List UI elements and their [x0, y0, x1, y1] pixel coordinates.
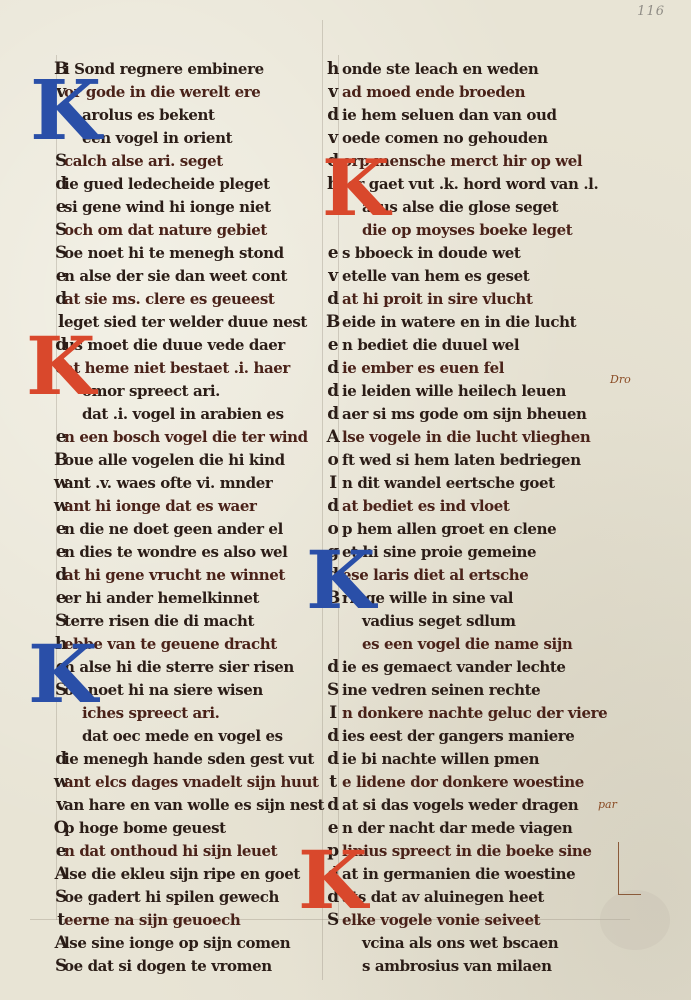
- text-line: die hem seluen dan van oud: [310, 104, 640, 127]
- text-line: die ember es euen fel: [310, 357, 640, 380]
- initial-k-blue: K: [28, 634, 98, 714]
- text-line: en dat onthoud hi sijn leuet: [34, 840, 304, 863]
- text-line: en alse der sie dan weet cont: [34, 265, 304, 288]
- line-text: een vogel in orient: [82, 127, 232, 150]
- line-initial: d: [322, 495, 344, 518]
- line-text: s bboeck in doude wet: [342, 242, 520, 265]
- line-text: n die ne doet geen ander el: [64, 518, 283, 541]
- line-text: n der nacht dar mede viagen: [342, 817, 572, 840]
- text-line: Soe gadert hi spilen gewech: [34, 886, 304, 909]
- line-initial: I: [322, 702, 344, 725]
- line-text: arolus es bekent: [82, 104, 215, 127]
- text-line: vcina als ons wet bscaen: [310, 932, 640, 955]
- line-initial: d: [322, 794, 344, 817]
- line-text: oe dat si dogen te vromen: [64, 955, 272, 978]
- text-line: dies eest der gangers maniere: [310, 725, 640, 748]
- text-line: want .v. waes ofte vi. mnder: [34, 472, 304, 495]
- text-line: dat oec mede en vogel es: [34, 725, 304, 748]
- line-text: lse die ekleu sijn ripe en goet: [64, 863, 300, 886]
- text-line: honde ste leach en weden: [310, 58, 640, 81]
- line-text: dat oec mede en vogel es: [82, 725, 283, 748]
- line-text: ad moed ende broeden: [342, 81, 525, 104]
- margin-bracket: [618, 842, 641, 895]
- line-initial: d: [322, 104, 344, 127]
- line-initial: v: [322, 81, 344, 104]
- manuscript-page: 116 Bi Sond regnere embinerevor gode in …: [0, 0, 691, 1000]
- line-text: ies eest der gangers maniere: [342, 725, 574, 748]
- line-text: p hoge bome geuest: [64, 817, 226, 840]
- line-text: at heme niet bestaet .i. haer: [64, 357, 290, 380]
- text-line: want hi ionge dat es waer: [34, 495, 304, 518]
- line-text: ie gued ledecheide pleget: [64, 173, 270, 196]
- text-line: want elcs dages vnadelt sijn huut: [34, 771, 304, 794]
- line-text: n dat onthoud hi sijn leuet: [64, 840, 277, 863]
- line-text: oue alle vogelen die hi kind: [64, 449, 285, 472]
- text-line: en dies te wondre es also wel: [34, 541, 304, 564]
- line-initial: S: [322, 679, 344, 702]
- line-text: eget sied ter welder duue nest: [64, 311, 307, 334]
- line-initial: d: [322, 656, 344, 679]
- line-initial: d: [322, 380, 344, 403]
- initial-k-blue: K: [30, 70, 101, 152]
- text-line: s ambrosius van milaen: [310, 955, 640, 978]
- text-line: dat sie ms. clere es geueest: [34, 288, 304, 311]
- line-initial: A: [322, 426, 344, 449]
- line-text: die op moyses boeke leget: [362, 219, 572, 242]
- line-text: ats dat av aluinegen heet: [342, 886, 544, 909]
- initial-k-red: K: [322, 150, 390, 228]
- line-text: ie menegh hande sden gest vut: [64, 748, 314, 771]
- line-initial: d: [322, 403, 344, 426]
- margin-note: par: [598, 798, 617, 811]
- text-line: Beide in watere en in die lucht: [310, 311, 640, 334]
- line-text: ant hi ionge dat es waer: [64, 495, 257, 518]
- line-text: n een bosch vogel die ter wind: [64, 426, 308, 449]
- text-line: Soe dat si dogen te vromen: [34, 955, 304, 978]
- line-text: omor spreect ari.: [82, 380, 220, 403]
- text-line: esi gene wind hi ionge niet: [34, 196, 304, 219]
- line-text: ie ember es euen fel: [342, 357, 504, 380]
- text-line: en een bosch vogel die ter wind: [34, 426, 304, 449]
- line-text: n alse hi die sterre sier risen: [64, 656, 294, 679]
- line-text: at hi proit in sire vlucht: [342, 288, 532, 311]
- line-text: ie hem seluen dan van oud: [342, 104, 557, 127]
- line-text: ft wed si hem laten bedriegen: [342, 449, 581, 472]
- text-line: Alse die ekleu sijn ripe en goet: [34, 863, 304, 886]
- initial-k-red: K: [298, 840, 368, 920]
- line-text: n dies te wondre es also wel: [64, 541, 287, 564]
- text-line: dat hi proit in sire vlucht: [310, 288, 640, 311]
- line-initial: I: [322, 472, 344, 495]
- text-line: en bediet die duuel wel: [310, 334, 640, 357]
- folio-number: 116: [637, 4, 665, 19]
- text-line: Sine vedren seinen rechte: [310, 679, 640, 702]
- line-text: n donkere nachte geluc der viere: [342, 702, 607, 725]
- text-line: Boue alle vogelen die hi kind: [34, 449, 304, 472]
- text-line: vetelle van hem es geset: [310, 265, 640, 288]
- line-initial: d: [322, 357, 344, 380]
- line-initial: v: [322, 265, 344, 288]
- line-text: dat .i. vogel in arabien es: [82, 403, 284, 426]
- line-text: n dit wandel eertsche goet: [342, 472, 555, 495]
- line-initial: d: [322, 725, 344, 748]
- line-initial: e: [322, 334, 344, 357]
- line-text: n bediet die duuel wel: [342, 334, 519, 357]
- line-initial: d: [322, 748, 344, 771]
- text-line: dat bediet es ind vloet: [310, 495, 640, 518]
- line-text: si gene wind hi ionge niet: [64, 196, 271, 219]
- initial-k-red: K: [26, 326, 96, 406]
- line-text: n alse der sie dan weet cont: [64, 265, 287, 288]
- text-line: vad moed ende broeden: [310, 81, 640, 104]
- line-initial: B: [322, 311, 344, 334]
- margin-note: Dro: [610, 373, 631, 386]
- text-line: Soch om dat nature gebiet: [34, 219, 304, 242]
- line-text: at si das vogels weder dragen: [342, 794, 578, 817]
- line-text: aer si ms gode om sijn bheuen: [342, 403, 587, 426]
- line-text: s ambrosius van milaen: [362, 955, 552, 978]
- line-initial: h: [322, 58, 344, 81]
- line-text: iches spreect ari.: [82, 702, 220, 725]
- line-text: arus alse die glose seget: [362, 196, 558, 219]
- text-line: eer hi ander hemelkinnet: [34, 587, 304, 610]
- text-line: Soe noet hi te menegh stond: [34, 242, 304, 265]
- line-text: oe noet hi te menegh stond: [64, 242, 284, 265]
- left-column: Bi Sond regnere embinerevor gode in die …: [34, 58, 304, 978]
- line-initial: t: [322, 771, 344, 794]
- line-text: lse vogele in die lucht vlieghen: [342, 426, 590, 449]
- line-text: ant .v. waes ofte vi. mnder: [64, 472, 272, 495]
- line-text: elke vogele vonie seiveet: [342, 909, 540, 932]
- text-line: es een vogel die name sijn: [310, 633, 640, 656]
- text-line: Alse sine ionge op sijn comen: [34, 932, 304, 955]
- text-line: oft wed si hem laten bedriegen: [310, 449, 640, 472]
- text-line: teerne na sijn geuoech: [34, 909, 304, 932]
- line-text: etelle van hem es geset: [342, 265, 529, 288]
- line-text: at sie ms. clere es geueest: [64, 288, 274, 311]
- line-text: linius spreect in die boeke sine: [342, 840, 592, 863]
- text-line: die menegh hande sden gest vut: [34, 748, 304, 771]
- text-line: die bi nachte willen pmen: [310, 748, 640, 771]
- line-text: es een vogel die name sijn: [362, 633, 572, 656]
- line-text: e lidene dor donkere woestine: [342, 771, 584, 794]
- text-line: van hare en van wolle es sijn nest: [34, 794, 304, 817]
- line-initial: o: [322, 449, 344, 472]
- line-initial: d: [322, 288, 344, 311]
- line-text: er hi ander hemelkinnet: [64, 587, 259, 610]
- text-line: In donkere nachte geluc der viere: [310, 702, 640, 725]
- line-text: ie bi nachte willen pmen: [342, 748, 539, 771]
- line-text: onde ste leach en weden: [342, 58, 538, 81]
- text-line: Alse vogele in die lucht vlieghen: [310, 426, 640, 449]
- line-text: at hi gene vrucht ne winnet: [64, 564, 285, 587]
- text-line: daer si ms gode om sijn bheuen: [310, 403, 640, 426]
- line-text: at bediet es ind vloet: [342, 495, 509, 518]
- line-text: ine vedren seinen rechte: [342, 679, 540, 702]
- line-text: an hare en van wolle es sijn nest: [64, 794, 324, 817]
- text-line: en die ne doet geen ander el: [34, 518, 304, 541]
- line-text: at in germanien die woestine: [342, 863, 575, 886]
- initial-k-blue: K: [306, 540, 376, 620]
- line-text: ant elcs dages vnadelt sijn huut: [64, 771, 319, 794]
- text-line: dat hi gene vrucht ne winnet: [34, 564, 304, 587]
- text-line: dat si das vogels weder dragen: [310, 794, 640, 817]
- line-text: lse sine ionge op sijn comen: [64, 932, 290, 955]
- text-line: die gued ledecheide pleget: [34, 173, 304, 196]
- text-line: die es gemaect vander lechte: [310, 656, 640, 679]
- text-line: Op hoge bome geuest: [34, 817, 304, 840]
- line-text: eerne na sijn geuoech: [64, 909, 240, 932]
- line-initial: e: [322, 242, 344, 265]
- line-text: ie es gemaect vander lechte: [342, 656, 566, 679]
- line-text: oe gadert hi spilen gewech: [64, 886, 279, 909]
- text-line: In dit wandel eertsche goet: [310, 472, 640, 495]
- text-line: te lidene dor donkere woestine: [310, 771, 640, 794]
- text-line: die leiden wille heilech leuen: [310, 380, 640, 403]
- line-text: vcina als ons wet bscaen: [362, 932, 558, 955]
- line-text: vadius seget sdlum: [362, 610, 516, 633]
- line-text: eide in watere en in die lucht: [342, 311, 576, 334]
- text-line: es bboeck in doude wet: [310, 242, 640, 265]
- line-text: ie leiden wille heilech leuen: [342, 380, 566, 403]
- line-text: och om dat nature gebiet: [64, 219, 267, 242]
- line-text: us moet die duue vede daer: [64, 334, 285, 357]
